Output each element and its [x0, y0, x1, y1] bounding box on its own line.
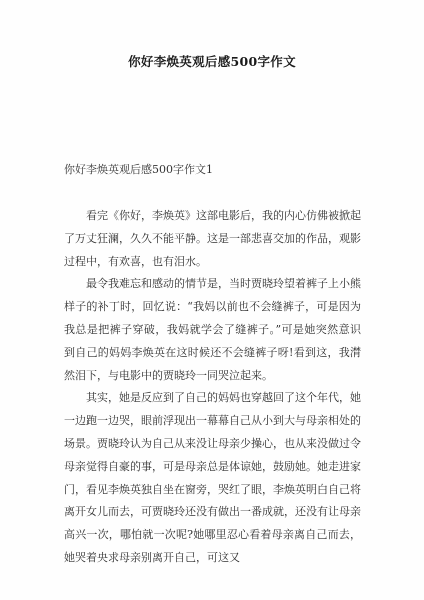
essay-body: 看完《你好，李焕英》这部电影后，我的内心仿佛被掀起了万丈狂澜，久久不能平静。这是… — [64, 205, 361, 570]
document-title: 你好李焕英观后感500字作文 — [0, 52, 424, 70]
paragraph-1: 看完《你好，李焕英》这部电影后，我的内心仿佛被掀起了万丈狂澜，久久不能平静。这是… — [64, 205, 361, 273]
paragraph-3: 其实，她是反应到了自己的妈妈也穿越回了这个年代，她一边跑一边哭，眼前浮现出一幕幕… — [64, 387, 361, 569]
section-heading: 你好李焕英观后感500字作文1 — [64, 161, 213, 177]
paragraph-2: 最令我难忘和感动的情节是，当时贾晓玲望着裤子上小熊样子的补丁时，回忆说：“我妈以… — [64, 273, 361, 387]
document-page: 你好李焕英观后感500字作文 你好李焕英观后感500字作文1 看完《你好，李焕英… — [0, 0, 424, 600]
